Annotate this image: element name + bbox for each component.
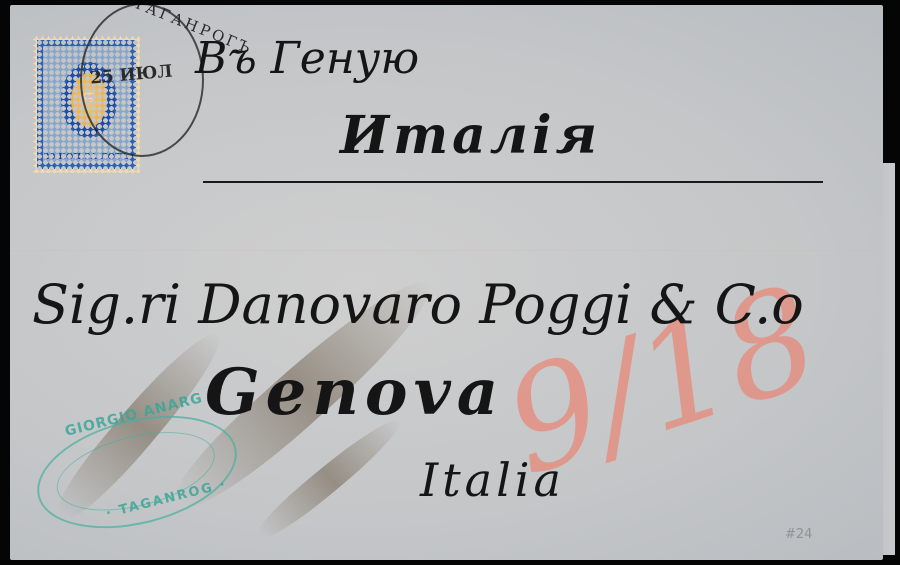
address-line-1: Въ Геную [195,33,419,84]
fold-line [10,250,883,251]
postal-cover: GIORGIO ANARG · TAGANROG · ♔ 20 КОП:ЗА Л… [10,5,883,560]
address-line-3: Sig.ri Danovaro Poggi & C.o [32,273,804,336]
address-line-5: Italia [420,453,565,507]
address-line-4: Genova [205,355,504,430]
stamp-value-text: 20 КОП:ЗА ЛОТЪ [43,151,130,161]
underline-rule [203,181,823,183]
address-line-2: Италія [340,105,601,166]
pencil-note: #24 [785,527,812,542]
